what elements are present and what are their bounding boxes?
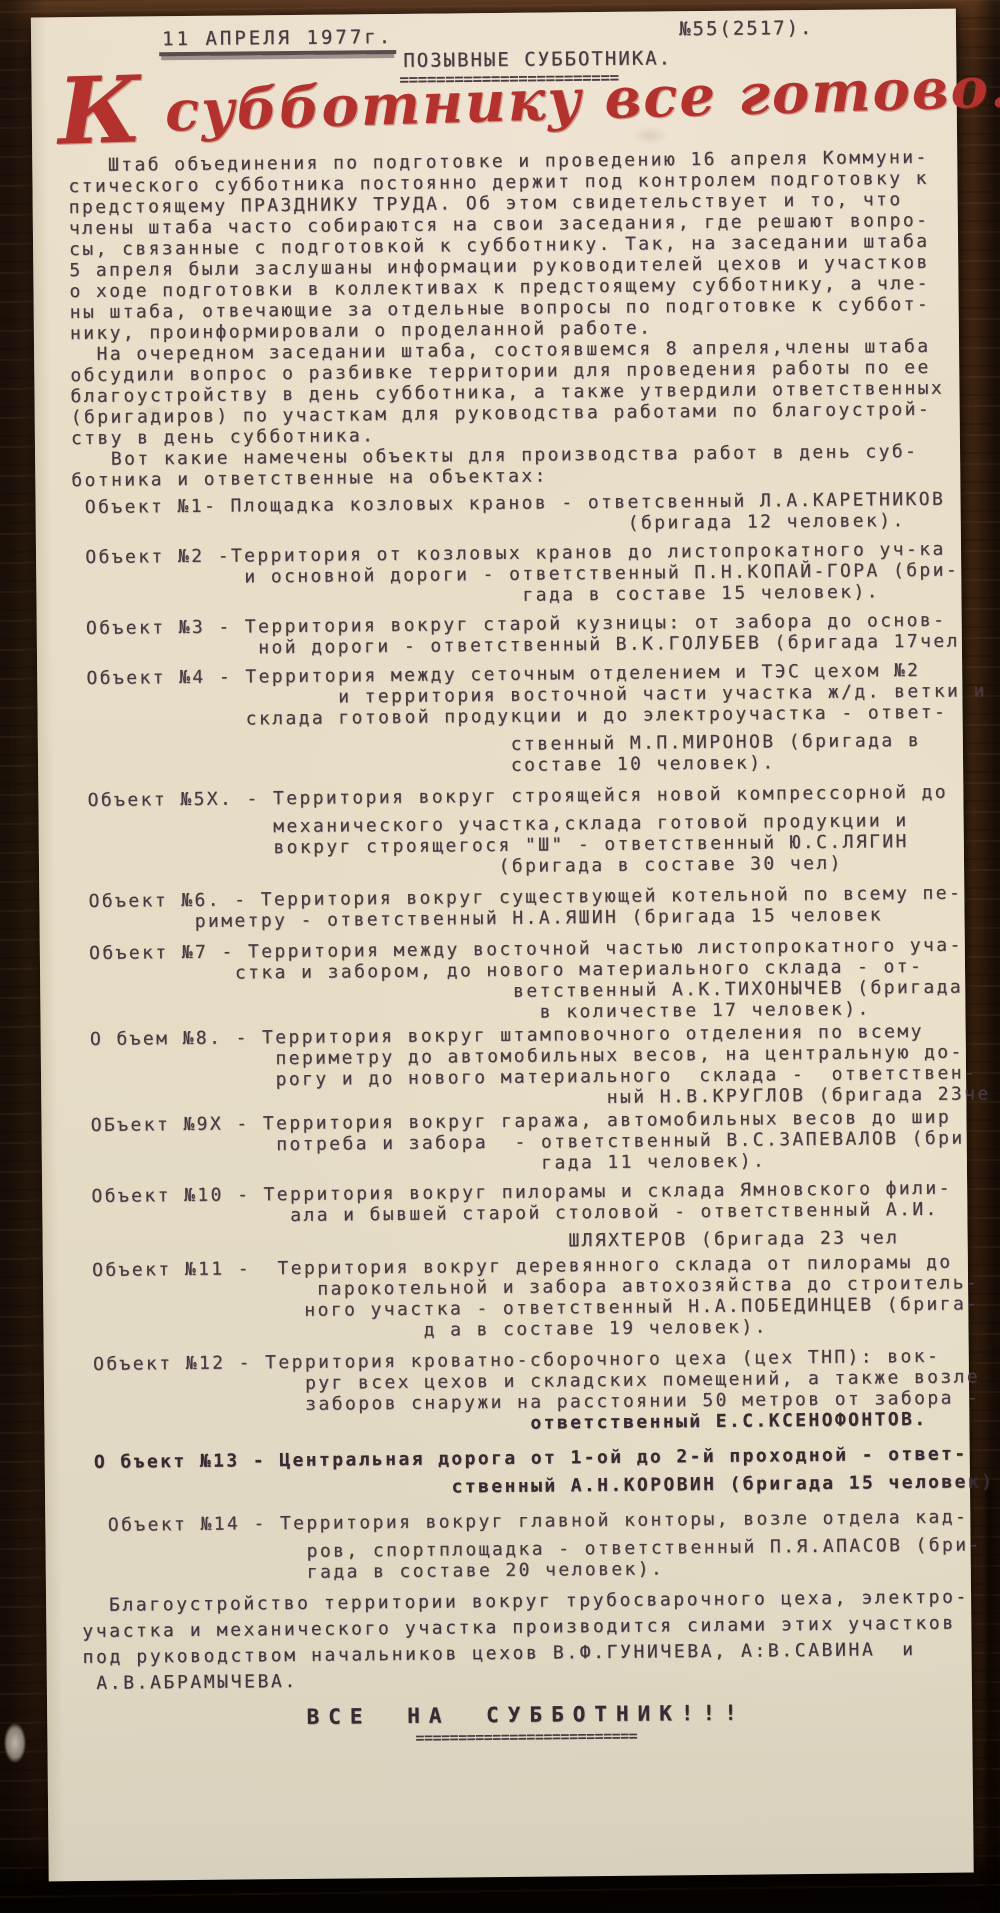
text-block: О бъект №13 - Центральная дорога от 1-ой… [81,1444,967,1502]
text-block: Объект №1- Площадка козловых кранов - от… [71,489,957,540]
text-block: Объект №12 - Территория кроватно-сборочн… [80,1346,967,1439]
text-block: ОБъект №9Х - Территория вокруг гаража, а… [77,1107,964,1179]
wood-knot [0,1716,30,1770]
text-block: Объект №6. - Территория вокруг существую… [75,883,961,934]
title-initial-letter: К [56,55,145,165]
text-block: Объект №11 - Территория вокруг деревянно… [79,1252,966,1345]
document-body-column: Штаб объединения по подготовке и проведе… [68,147,969,1750]
text-block: Благоустройство территории вокруг трубос… [82,1585,969,1698]
issue-date: 11 АПРЕЛЯ 1977г. [159,26,396,56]
document-page: 11 АПРЕЛЯ 1977г. №55(2517). ПОЗЫВНЫЕ СУБ… [31,9,974,1882]
title-period: . [989,54,1000,121]
issue-number: №55(2517). [679,17,814,40]
text-block: На очередном заседании штаба, состоявшем… [70,336,957,450]
text-block: О бъем №8. - Территория вокруг штамповоч… [77,1021,964,1114]
wood-plank-seam [986,1480,993,1913]
page-title: К субботнику все готово. [57,46,949,152]
text-block: Объект №3 - Территория вокруг старой куз… [73,610,959,661]
text-block: Объект №2 -Территория от козловых кранов… [72,539,959,611]
document-body: Штаб объединения по подготовке и проведе… [68,147,969,1697]
text-block: Вот какие намечены объекты для производс… [71,441,957,492]
wood-background: 11 АПРЕЛЯ 1977г. №55(2517). ПОЗЫВНЫЕ СУБ… [0,0,1000,1913]
title-text: субботнику все готово [143,55,991,145]
text-block: Объект №4 - Территория между сеточным от… [73,660,960,780]
text-block: Объект №5Х. - Территория вокруг строящей… [74,782,961,882]
text-block: Объект №7 - Территория между восточной ч… [76,935,963,1028]
text-block: Объект №10 - Территория вокруг пилорамы … [78,1178,965,1257]
text-block: Объект №14 - Территория вокруг главной к… [81,1507,968,1586]
text-block: Штаб объединения по подготовке и проведе… [68,147,956,344]
